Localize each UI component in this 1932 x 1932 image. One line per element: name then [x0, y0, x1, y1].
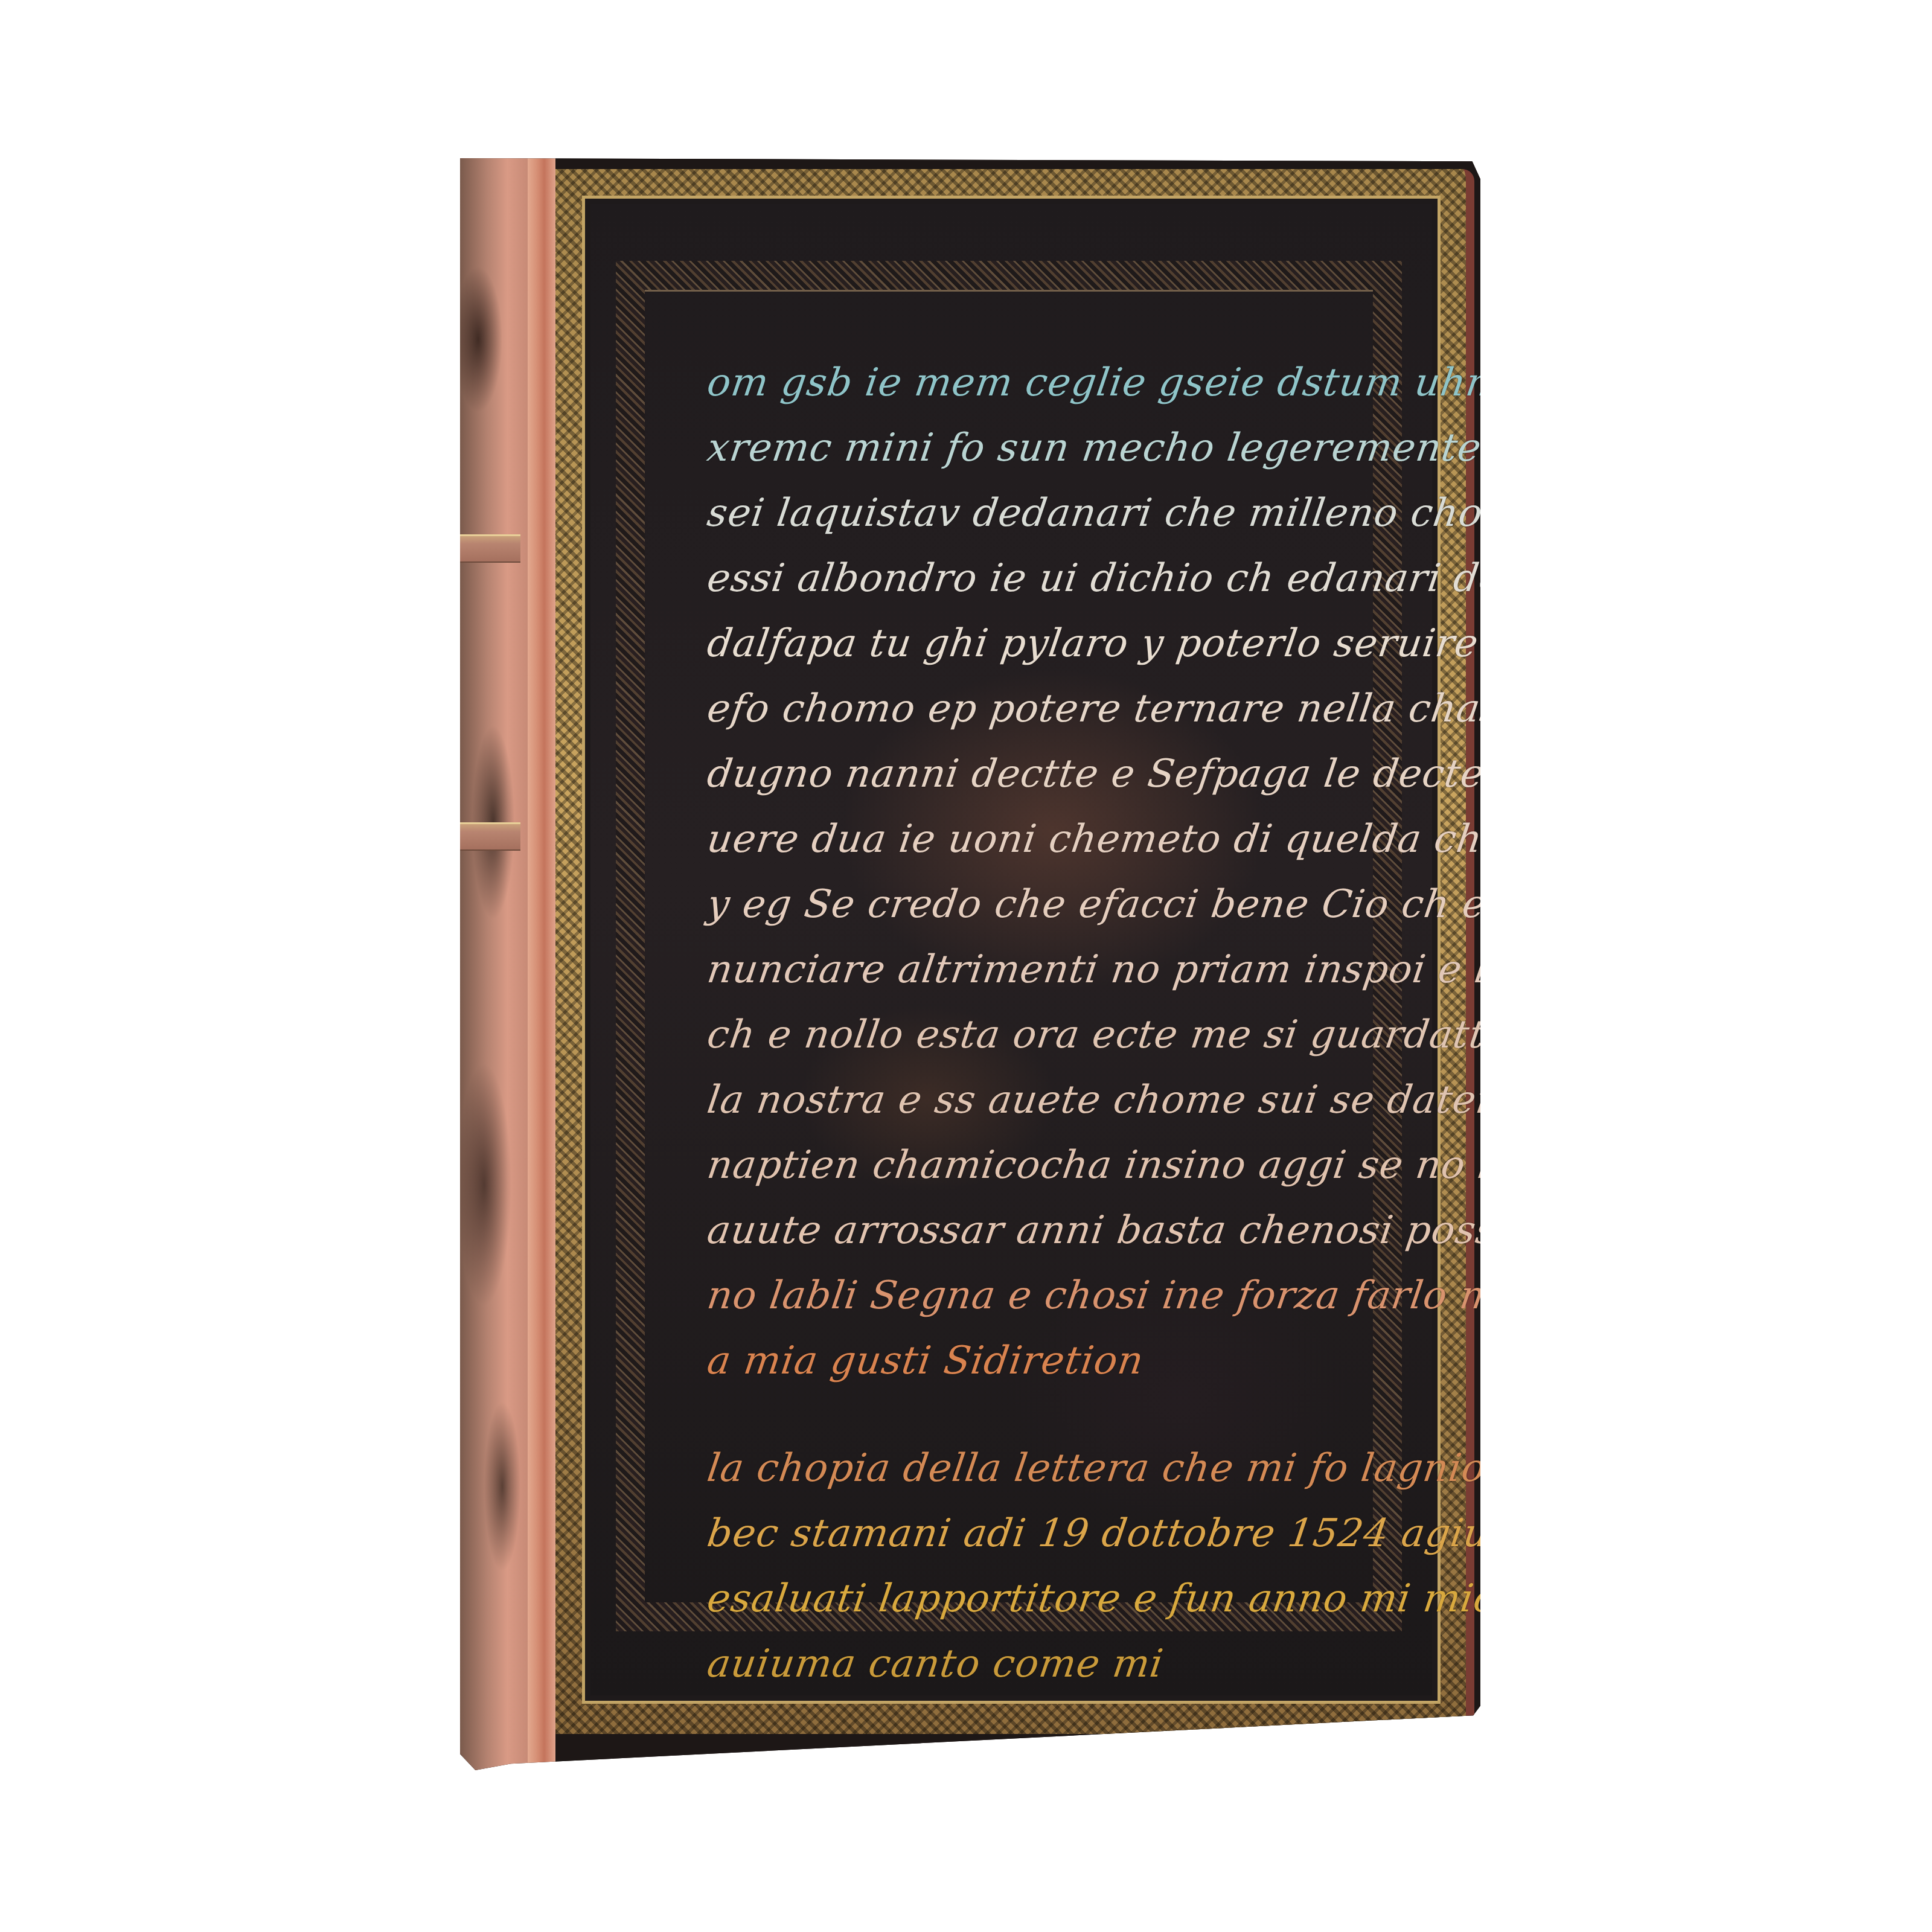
manuscript-line: sei laquistav dedanari che milleno cho a… — [703, 481, 1497, 546]
spine-hinge — [528, 158, 555, 1770]
manuscript-line: naptien chamicocha insino aggi se no lau… — [703, 1133, 1497, 1198]
manuscript-line: auiuma canto come mi — [703, 1631, 1497, 1697]
manuscript-line: dugno nanni dectte e Sefpaga le decte pr… — [703, 741, 1497, 807]
manuscript-line: essi albondro ie ui dichio ch edanari de… — [703, 546, 1497, 611]
manuscript-line: efo chomo ep potere ternare nella chasa … — [703, 676, 1497, 741]
manuscript-line: nunciare altrimenti no priam inspoi e le… — [703, 937, 1497, 1002]
spine-band-upper — [460, 534, 520, 563]
manuscript-line: om gsb ie mem ceglie gseie dstum uhmm — [703, 350, 1497, 415]
notebook: om gsb ie mem ceglie gseie dstum uhmmxre… — [460, 158, 1480, 1770]
manuscript-line: la chopia della lettera che mi fo lagnio… — [703, 1436, 1497, 1501]
manuscript-line: no labli Segna e chosi ine forza farlo m… — [703, 1263, 1497, 1328]
manuscript-line: xremc mini fo sun mecho legeremente disa… — [703, 415, 1497, 481]
manuscript-line: a mia gusti Sidiretion — [703, 1328, 1497, 1393]
manuscript-line: la nostra e ss auete chome sui se dateme… — [703, 1067, 1497, 1133]
manuscript-text: om gsb ie mem ceglie gseie dstum uhmmxre… — [708, 350, 1492, 1697]
manuscript-line: auute arrossar anni basta chenosi possa — [703, 1198, 1497, 1263]
spine-band-lower — [460, 822, 520, 851]
manuscript-line: dalfapa tu ghi pylaro y poterlo seruire … — [703, 611, 1497, 676]
manuscript-line: bec stamani adi 19 dottobre 1524 agiunam… — [703, 1501, 1497, 1566]
manuscript-line: ch e nollo esta ora ecte me si guardatte… — [703, 1002, 1497, 1067]
front-cover: om gsb ie mem ceglie gseie dstum uhmmxre… — [555, 158, 1480, 1770]
manuscript-line: y eg Se credo che efacci bene Cio ch efa… — [703, 872, 1497, 937]
product-photo: om gsb ie mem ceglie gseie dstum uhmmxre… — [0, 0, 1932, 1932]
manuscript-line: uere dua ie uoni chemeto di quelda ch Su… — [703, 807, 1497, 872]
manuscript-line: esaluati lapportitore e fun anno mi mio — [703, 1566, 1497, 1631]
book-spine — [460, 158, 528, 1770]
